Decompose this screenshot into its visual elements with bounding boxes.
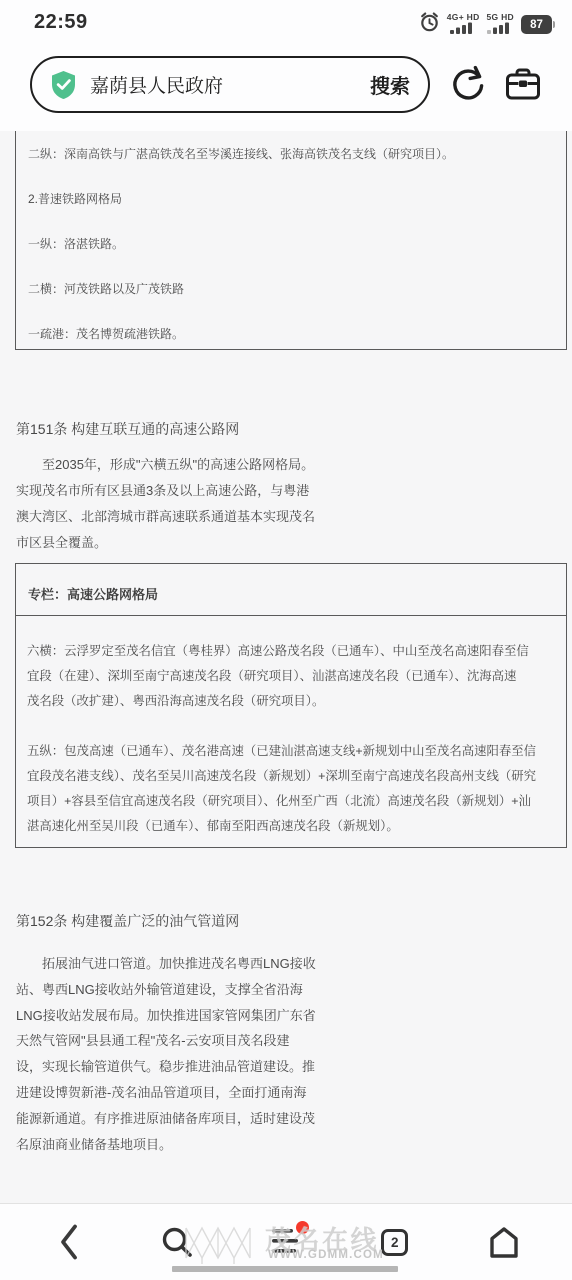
home-button[interactable] [478, 1216, 530, 1268]
text-line: 设，实现长输管道供气。稳步推进油品管道建设。推 [16, 1054, 346, 1080]
text-line: 实现茂名市所有区县通3条及以上高速公路，与粤港 [16, 478, 346, 504]
signal-bars-icon [487, 22, 513, 34]
text-line: 澳大湾区、北部湾城市群高速联系通道基本实现茂名 [16, 504, 346, 530]
text-line: 宜段茂名港支线）、茂名至吴川高速茂名段（新规划）+深圳至南宁高速茂名段高州支线（… [27, 764, 555, 789]
five-vertical-paragraph: 五纵：包茂高速（已通车）、茂名港高速（已建汕湛高速支线+新规划中山至茂名高速阳春… [27, 739, 555, 839]
text-line: 项目）+容县至信宜高速茂名段（研究项目）、化州至广西（北流）高速茂名段（新规划）… [27, 789, 555, 814]
text-line: 湛高速化州至吴川段（已通车）、郁南至阳西高速茂名段（新规划）。 [27, 814, 555, 839]
tab-count: 2 [391, 1235, 399, 1250]
table-text-line: 一疏港：茂名博贺疏港铁路。 [28, 312, 554, 350]
home-icon [486, 1225, 522, 1259]
briefcase-icon [502, 63, 544, 105]
text-line: 站、粤西LNG接收站外输管道建设，支撑全省沿海 [16, 977, 346, 1003]
six-horizontal-paragraph: 六横：云浮罗定至茂名信宜（粤桂界）高速公路茂名段（已通车）、中山至茂名高速阳春至… [27, 639, 555, 714]
site-title: 嘉荫县人民政府 [90, 71, 370, 98]
article-151-paragraph: 至2035年，形成"六横五纵"的高速公路网格局。 实现茂名市所有区县通3条及以上… [16, 452, 346, 556]
back-chevron-icon [56, 1222, 80, 1262]
browser-screen: 22:59 4G+ HD [0, 0, 572, 1280]
text-line: 天然气管网"县县通工程"茂名-云安项目茂名段建 [16, 1028, 346, 1054]
search-button[interactable]: 搜索 [370, 70, 410, 99]
column-table-header: 专栏：高速公路网格局 [16, 564, 566, 616]
browser-header: 22:59 4G+ HD [0, 0, 572, 131]
address-search-bar[interactable]: 嘉荫县人民政府 搜索 [30, 56, 430, 113]
network-type-label: 4G+ HD [447, 13, 480, 22]
refresh-icon [447, 63, 489, 105]
battery-icon: 87 [521, 15, 552, 34]
notification-dot-badge [296, 1221, 309, 1234]
signal-bars-icon [450, 22, 476, 34]
table-text-line: 二横：河茂铁路以及广茂铁路 [28, 267, 554, 312]
alarm-clock-icon [419, 11, 440, 33]
text-line: 能源新通道。有序推进原油储备库项目，适时建设茂 [16, 1106, 346, 1132]
text-line: 宜段（在建）、深圳至南宁高速茂名段（研究项目）、汕湛高速茂名段（已通车）、沈海高… [27, 664, 555, 689]
search-icon [159, 1224, 195, 1260]
tab-count-icon: 2 [381, 1229, 408, 1256]
tabs-button[interactable]: 2 [369, 1216, 421, 1268]
clock-time: 22:59 [34, 11, 88, 34]
text-line: 名原油商业储备基地项目。 [16, 1132, 346, 1158]
signal-4g: 4G+ HD [447, 13, 480, 35]
status-bar: 22:59 4G+ HD [0, 0, 572, 45]
refresh-button[interactable] [443, 59, 493, 109]
network-type-label: 5G HD [487, 13, 514, 22]
browser-toolbar: 嘉荫县人民政府 搜索 [0, 45, 572, 131]
bottom-nav-bar: 2 [0, 1203, 572, 1280]
text-line: 五纵：包茂高速（已通车）、茂名港高速（已建汕湛高速支线+新规划中山至茂名高速阳春… [27, 739, 555, 764]
status-icons: 4G+ HD 5G HD [419, 11, 552, 34]
rail-network-table-fragment: 二纵：深南高铁与广湛高铁茂名至岑溪连接线、张海高铁茂名支线（研究项目）。 2.普… [15, 131, 567, 350]
signal-5g: 5G HD [487, 13, 514, 35]
search-nav-button[interactable] [151, 1216, 203, 1268]
text-line: 至2035年，形成"六横五纵"的高速公路网格局。 [16, 452, 346, 478]
article-152-paragraph: 拓展油气进口管道。加快推进茂名粤西LNG接收 站、粤西LNG接收站外输管道建设，… [16, 951, 346, 1157]
article-151-heading: 第151条 构建互联互通的高速公路网 [16, 419, 239, 439]
column-table-body: 六横：云浮罗定至茂名信宜（粤桂界）高速公路茂名段（已通车）、中山至茂名高速阳春至… [16, 616, 566, 839]
text-line: 市区县全覆盖。 [16, 530, 346, 556]
text-line: LNG接收站发展布局。加快推进国家管网集团广东省 [16, 1003, 346, 1029]
toolbox-button[interactable] [498, 59, 548, 109]
shield-check-icon [50, 70, 77, 100]
text-line: 拓展油气进口管道。加快推进茂名粤西LNG接收 [16, 951, 346, 977]
text-line: 进建设博贺新港-茂名油品管道项目，全面打通南海 [16, 1080, 346, 1106]
text-line: 六横：云浮罗定至茂名信宜（粤桂界）高速公路茂名段（已通车）、中山至茂名高速阳春至… [27, 639, 555, 664]
table-text-line: 二纵：深南高铁与广湛高铁茂名至岑溪连接线、张海高铁茂名支线（研究项目）。 [28, 132, 554, 177]
battery-percent: 87 [530, 19, 543, 31]
table-text-line: 2.普速铁路网格局 [28, 177, 554, 222]
highway-column-table: 专栏：高速公路网格局 六横：云浮罗定至茂名信宜（粤桂界）高速公路茂名段（已通车）… [15, 563, 567, 848]
text-line: 茂名段（改扩建）、粤西沿海高速茂名段（研究项目）。 [27, 689, 555, 714]
back-button[interactable] [42, 1216, 94, 1268]
menu-button[interactable] [260, 1216, 312, 1268]
table-text-line: 一纵：洛湛铁路。 [28, 222, 554, 267]
article-152-heading: 第152条 构建覆盖广泛的油气管道网 [16, 911, 239, 931]
